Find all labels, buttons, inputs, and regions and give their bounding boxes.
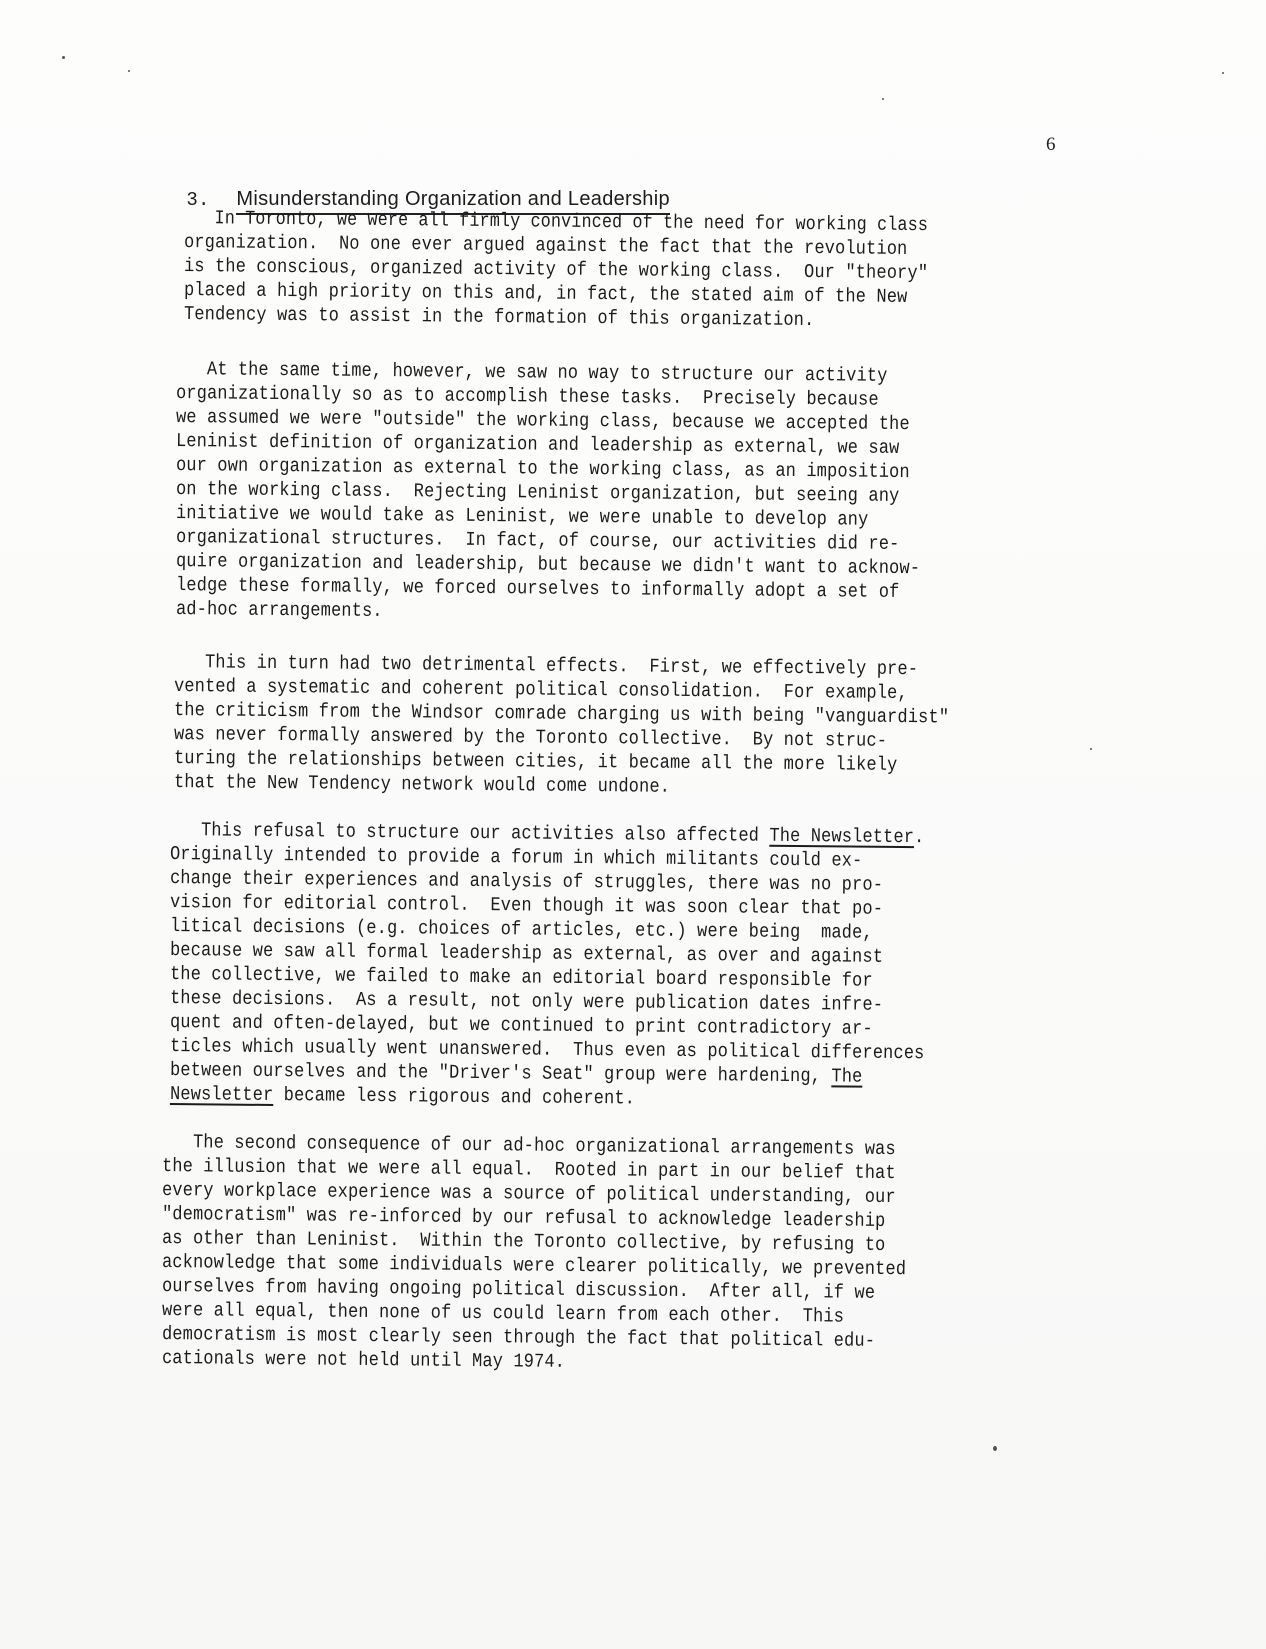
scan-speck bbox=[1090, 748, 1092, 750]
text-line: Newsletter became less rigorous and cohe… bbox=[170, 1082, 635, 1110]
text-line: that the New Tendency network would come… bbox=[174, 770, 670, 799]
scan-speck bbox=[993, 1446, 997, 1451]
newsletter-title: The bbox=[831, 1065, 862, 1087]
scan-speck bbox=[1222, 72, 1224, 74]
newsletter-title: Newsletter bbox=[170, 1083, 274, 1106]
text-line: Tendency was to assist in the formation … bbox=[184, 302, 815, 332]
scan-speck bbox=[62, 56, 65, 59]
text-line: ad-hoc arrangements. bbox=[176, 597, 383, 623]
page-number: 6 bbox=[1046, 134, 1056, 156]
scan-speck bbox=[882, 98, 884, 100]
scan-speck bbox=[128, 70, 130, 72]
document-page: 6 3.Misunderstanding Organization and Le… bbox=[0, 0, 1266, 1649]
newsletter-title: The Newsletter bbox=[769, 825, 914, 848]
text-line: cationals were not held until May 1974. bbox=[162, 1346, 565, 1374]
